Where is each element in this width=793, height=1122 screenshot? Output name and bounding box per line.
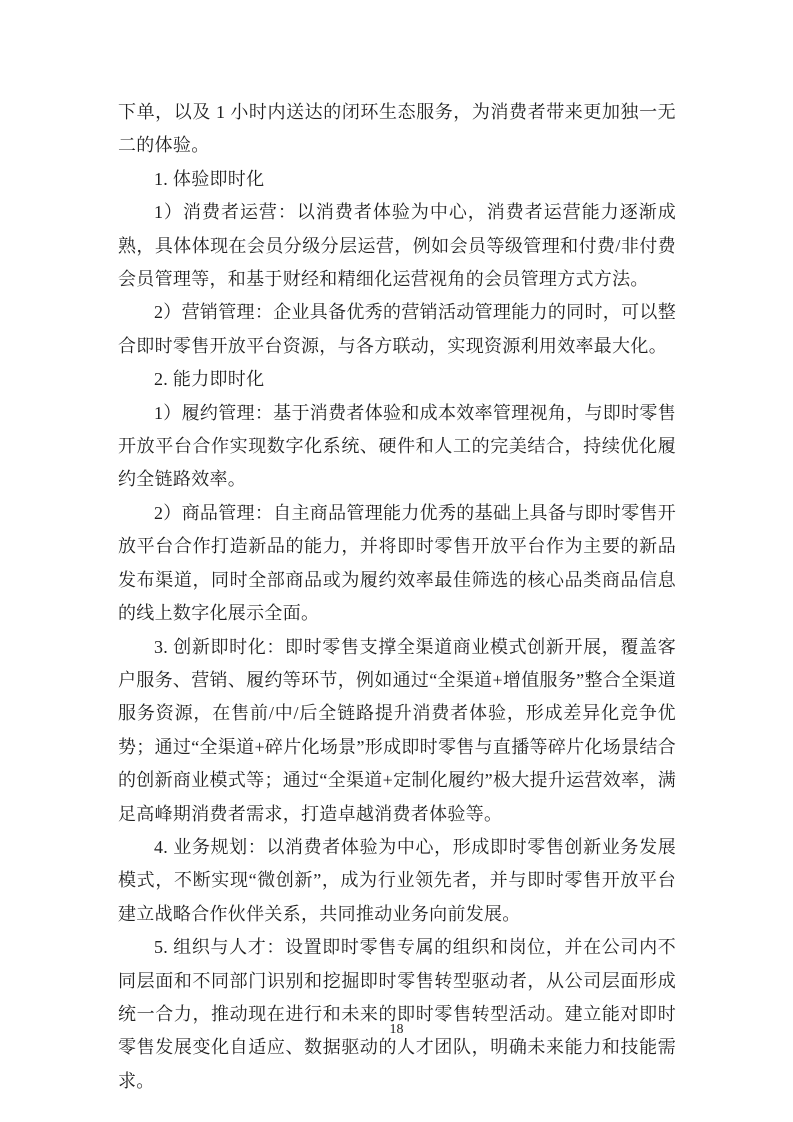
paragraph: 下单，以及 1 小时内送达的闭环生态服务，为消费者带来更加独一无二的体验。 xyxy=(118,96,676,163)
paragraph: 1. 体验即时化 xyxy=(118,163,676,196)
paragraph: 2）商品管理：自主商品管理能力优秀的基础上具备与即时零售开放平台合作打造新品的能… xyxy=(118,497,676,631)
paragraph: 2. 能力即时化 xyxy=(118,363,676,396)
paragraph: 3. 创新即时化：即时零售支撑全渠道商业模式创新开展，覆盖客户服务、营销、履约等… xyxy=(118,631,676,831)
page-number: 18 xyxy=(0,1022,793,1038)
paragraph: 1）履约管理：基于消费者体验和成本效率管理视角，与即时零售开放平台合作实现数字化… xyxy=(118,397,676,497)
paragraph: 4. 业务规划：以消费者体验为中心，形成即时零售创新业务发展模式，不断实现“微创… xyxy=(118,831,676,931)
document-page: 下单，以及 1 小时内送达的闭环生态服务，为消费者带来更加独一无二的体验。1. … xyxy=(0,0,793,1122)
paragraph: 5. 组织与人才：设置即时零售专属的组织和岗位，并在公司内不同层面和不同部门识别… xyxy=(118,931,676,1098)
paragraph: 2）营销管理：企业具备优秀的营销活动管理能力的同时，可以整合即时零售开放平台资源… xyxy=(118,296,676,363)
document-body: 下单，以及 1 小时内送达的闭环生态服务，为消费者带来更加独一无二的体验。1. … xyxy=(118,96,676,1098)
paragraph: 1）消费者运营：以消费者体验为中心，消费者运营能力逐渐成熟，具体体现在会员分级分… xyxy=(118,196,676,296)
